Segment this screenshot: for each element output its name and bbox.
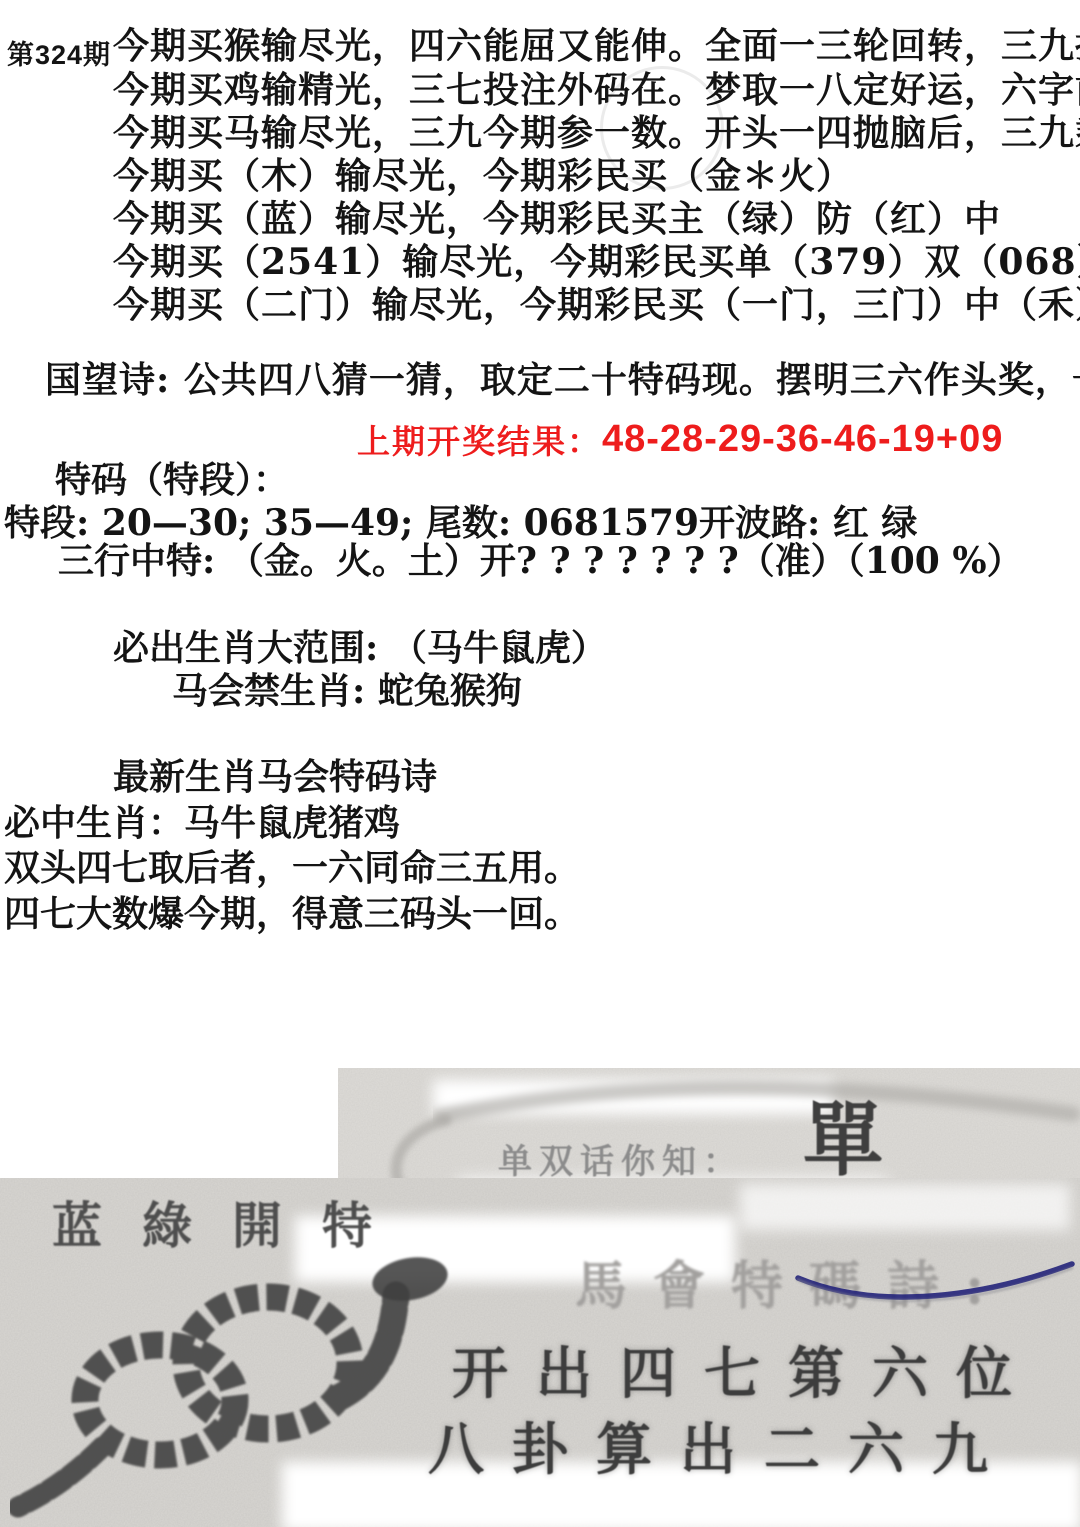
sanhang-line: 三行中特: （金。火。土）开? ? ? ? ? ? ?（准）（100 %） xyxy=(58,533,1023,584)
snake-icon xyxy=(10,1235,480,1527)
last-draw-numbers: 48-28-29-36-46-19+09 xyxy=(602,418,1003,460)
danshuang-label: 单双话你知： xyxy=(498,1134,744,1183)
poem-line: 今期买（二门）输尽光，今期彩民买（一门，三门）中（禾） xyxy=(113,277,1080,328)
zodiac-forbidden-line: 马会禁生肖: 蛇兔猴狗 xyxy=(172,663,522,714)
white-patch xyxy=(740,1184,1070,1230)
latest-poem-title: 最新生肖马会特码诗 xyxy=(113,749,437,800)
latest-poem-line: 四七大数爆今期，得意三码头一回。 xyxy=(4,886,580,937)
gray-swoosh-icon xyxy=(433,1074,1080,1138)
lottery-tip-sheet: 第324期 今期买猴输尽光，四六能屈又能伸。全面一三轮回转，三九拼合定格局。 今… xyxy=(0,0,1080,1527)
navy-swoosh-icon xyxy=(790,1250,1080,1314)
last-draw-label: 上期开奖结果： xyxy=(357,423,602,460)
bottom-poem-line-2: 八卦算出二六九 xyxy=(428,1406,1016,1486)
danshuang-value: 單 xyxy=(803,1100,883,1180)
last-draw-result: 上期开奖结果：48-28-29-36-46-19+09 xyxy=(357,416,1003,463)
guowang-poem: 国望诗: 公共四八猜一猜，取定二十特码现。摆明三六作头奖，一七齐攻八走红。 xyxy=(45,352,1080,403)
issue-label: 第324期 xyxy=(7,33,111,72)
latest-poem-line: 必中生肖：马牛鼠虎猪鸡 xyxy=(4,795,400,846)
bottom-panel: 蓝綠開特 馬會特碼詩: 开出四七第六位 八卦算出二六九 xyxy=(0,1178,1080,1527)
latest-poem-line: 双头四七取后者，一六同命三五用。 xyxy=(4,840,580,891)
bottom-poem-line-1: 开出四七第六位 xyxy=(452,1330,1040,1410)
